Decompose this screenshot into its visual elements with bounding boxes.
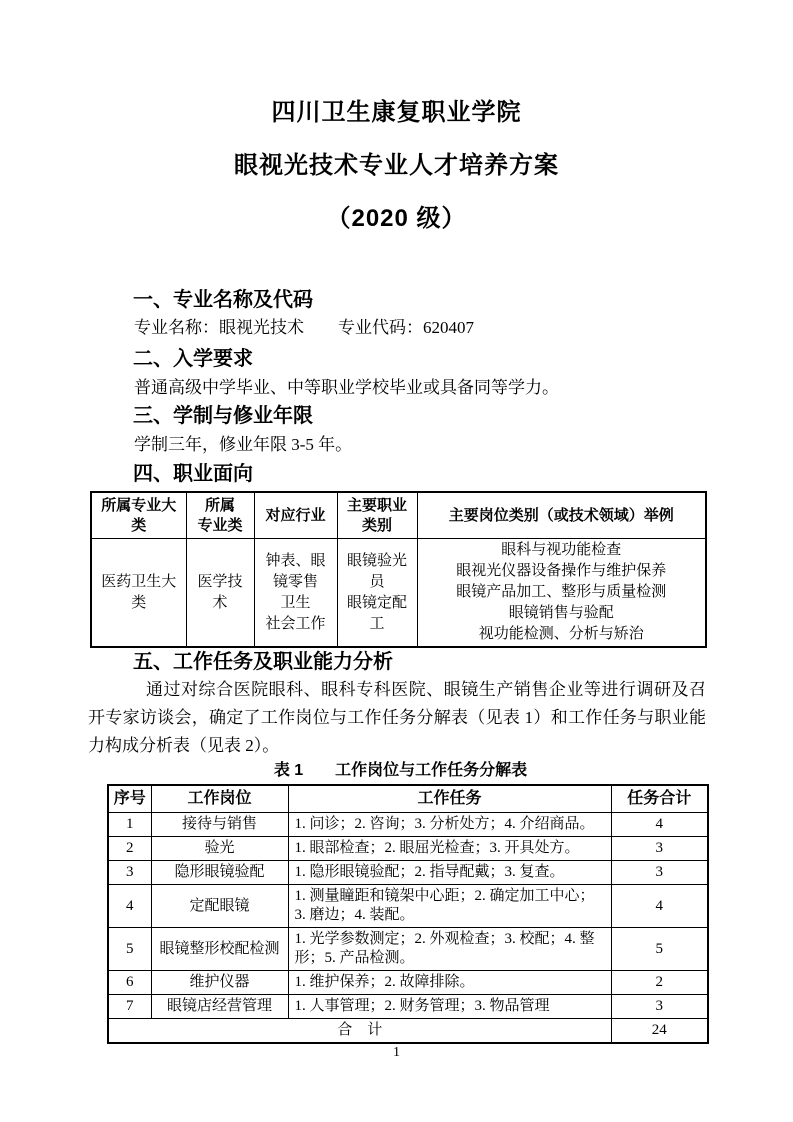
table-row: 1 接待与销售 1. 问诊；2. 咨询；3. 分析处方；4. 介绍商品。 4 [108, 813, 708, 837]
cell-no: 5 [108, 928, 151, 971]
table-row: 2 验光 1. 眼部检查；2. 眼屈光检查；3. 开具处方。 3 [108, 837, 708, 861]
table-row: 4 定配眼镜 1. 测量瞳距和镜架中心距；2. 确定加工中心；3. 磨边；4. … [108, 885, 708, 928]
header-major-category: 所属专业大类 [91, 492, 186, 539]
table-total-row: 合 计 24 [108, 1019, 708, 1044]
schooling-years-text: 学制三年，修业年限 3-5 年。 [88, 432, 759, 458]
cell-total-label: 合 计 [108, 1019, 611, 1044]
cell-no: 4 [108, 885, 151, 928]
admission-requirement-text: 普通高级中学毕业、中等职业学校毕业或具备同等学力。 [88, 375, 759, 401]
cell-position: 眼镜整形校配检测 [151, 928, 288, 971]
table-header-row: 序号 工作岗位 工作任务 任务合计 [108, 785, 708, 813]
analysis-paragraph: 通过对综合医院眼科、眼科专科医院、眼镜生产销售企业等进行调研及召开专家访谈会，确… [88, 676, 706, 760]
cell-tasks: 1. 光学参数测定；2. 外观检查；3. 校配；4. 整形；5. 产品检测。 [288, 928, 611, 971]
table-row: 医药卫生大类 医学技术 钟表、眼镜零售 卫生 社会工作 眼镜验光员 眼镜定配工 … [91, 539, 706, 648]
cell-total: 4 [611, 885, 708, 928]
section-heading-3: 三、学制与修业年限 [88, 403, 758, 429]
header-industry: 对应行业 [254, 492, 337, 539]
task-table-caption: 表 1 工作岗位与工作任务分解表 [88, 760, 713, 782]
major-code-label: 专业代码：620407 [338, 318, 474, 337]
cell-position: 验光 [151, 837, 288, 861]
cell-tasks: 1. 维护保养；2. 故障排除。 [288, 971, 611, 995]
cell-industry: 钟表、眼镜零售 卫生 社会工作 [254, 539, 337, 648]
cell-grand-total: 24 [611, 1019, 708, 1044]
cell-position: 定配眼镜 [151, 885, 288, 928]
cell-category: 医学技术 [186, 539, 254, 648]
cell-total: 3 [611, 995, 708, 1019]
document-title-college: 四川卫生康复职业学院 [0, 98, 793, 128]
header-tasks: 工作任务 [288, 785, 611, 813]
cell-major-category: 医药卫生大类 [91, 539, 186, 648]
task-breakdown-table: 序号 工作岗位 工作任务 任务合计 1 接待与销售 1. 问诊；2. 咨询；3.… [107, 784, 709, 1044]
header-task-total: 任务合计 [611, 785, 708, 813]
cell-tasks: 1. 测量瞳距和镜架中心距；2. 确定加工中心；3. 磨边；4. 装配。 [288, 885, 611, 928]
table-row: 7 眼镜店经营管理 1. 人事管理；2. 财务管理；3. 物品管理 3 [108, 995, 708, 1019]
cell-no: 7 [108, 995, 151, 1019]
cell-total: 3 [611, 837, 708, 861]
cell-tasks: 1. 人事管理；2. 财务管理；3. 物品管理 [288, 995, 611, 1019]
major-name-code-line: 专业名称：眼视光技术专业代码：620407 [88, 315, 759, 341]
table-header-row: 所属专业大类 所属 专业类 对应行业 主要职业类别 主要岗位类别（或技术领域）举… [91, 492, 706, 539]
cell-no: 3 [108, 861, 151, 885]
cell-no: 1 [108, 813, 151, 837]
table-row: 5 眼镜整形校配检测 1. 光学参数测定；2. 外观检查；3. 校配；4. 整形… [108, 928, 708, 971]
document-title-program: 眼视光技术专业人才培养方案 [0, 151, 793, 181]
major-name-label: 专业名称：眼视光技术 [134, 318, 304, 337]
cell-no: 2 [108, 837, 151, 861]
header-category: 所属 专业类 [186, 492, 254, 539]
cell-total: 2 [611, 971, 708, 995]
header-no: 序号 [108, 785, 151, 813]
section-heading-2: 二、入学要求 [88, 346, 758, 372]
document-title-cohort: （2020 级） [0, 204, 793, 234]
section-heading-1: 一、专业名称及代码 [88, 287, 758, 313]
occupation-orientation-table: 所属专业大类 所属 专业类 对应行业 主要职业类别 主要岗位类别（或技术领域）举… [90, 491, 707, 648]
table-row: 3 隐形眼镜验配 1. 隐形眼镜验配；2. 指导配戴；3. 复查。 3 [108, 861, 708, 885]
header-position: 工作岗位 [151, 785, 288, 813]
cell-position: 接待与销售 [151, 813, 288, 837]
header-occupation-type: 主要职业类别 [337, 492, 417, 539]
section-heading-4: 四、职业面向 [88, 461, 758, 487]
cell-position: 眼镜店经营管理 [151, 995, 288, 1019]
section-heading-5: 五、工作任务及职业能力分析 [88, 649, 758, 675]
cell-tasks: 1. 眼部检查；2. 眼屈光检查；3. 开具处方。 [288, 837, 611, 861]
cell-total: 5 [611, 928, 708, 971]
header-post-examples: 主要岗位类别（或技术领域）举例 [417, 492, 706, 539]
cell-occupation-type: 眼镜验光员 眼镜定配工 [337, 539, 417, 648]
cell-tasks: 1. 问诊；2. 咨询；3. 分析处方；4. 介绍商品。 [288, 813, 611, 837]
cell-no: 6 [108, 971, 151, 995]
page-number: 1 [0, 1044, 793, 1062]
cell-total: 3 [611, 861, 708, 885]
title-block: 四川卫生康复职业学院 眼视光技术专业人才培养方案 （2020 级） [0, 98, 793, 257]
cell-tasks: 1. 隐形眼镜验配；2. 指导配戴；3. 复查。 [288, 861, 611, 885]
document-page: 四川卫生康复职业学院 眼视光技术专业人才培养方案 （2020 级） 一、专业名称… [0, 0, 793, 1122]
table-row: 6 维护仪器 1. 维护保养；2. 故障排除。 2 [108, 971, 708, 995]
cell-post-examples: 眼科与视功能检查 眼视光仪器设备操作与维护保养 眼镜产品加工、整形与质量检测 眼… [417, 539, 706, 648]
cell-position: 隐形眼镜验配 [151, 861, 288, 885]
cell-position: 维护仪器 [151, 971, 288, 995]
cell-total: 4 [611, 813, 708, 837]
